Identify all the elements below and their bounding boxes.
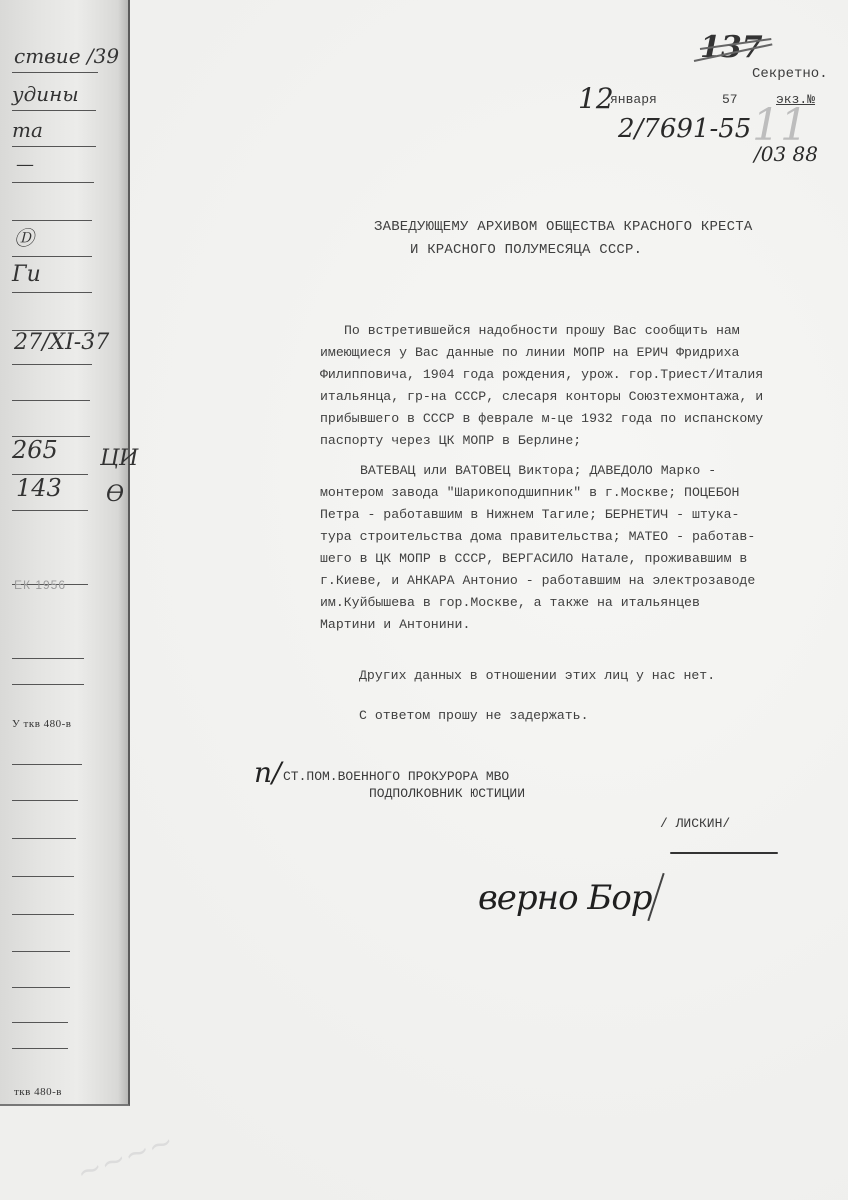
body-line: шего в ЦК МОПР в СССР, ВЕРГАСИЛО Натале,… [320, 548, 848, 570]
per-procurationem-mark: п/ [254, 756, 281, 789]
strip-note: Ги [12, 262, 41, 287]
strip-rule [12, 220, 92, 221]
reference-number: 2/7691-55 [618, 114, 751, 144]
body-line: им.Куйбышева в гор.Москве, а также на ит… [320, 592, 848, 614]
strip-rule [12, 1022, 68, 1023]
strip-note: — [16, 154, 34, 175]
strip-rule [12, 364, 92, 365]
strip-rule [12, 914, 74, 915]
incoming-number: /03 88 [754, 142, 818, 166]
signature-line [670, 852, 778, 854]
reply-request: С ответом прошу не задержать. [359, 708, 589, 723]
strip-rule [12, 72, 98, 73]
body-line: итальянца, гр-на СССР, слесаря конторы С… [320, 386, 848, 408]
body-line: тура строительства дома правительства; М… [320, 526, 848, 548]
strip-rule [12, 684, 84, 685]
signatory-title: СТ.ПОМ.ВОЕННОГО ПРОКУРОРА МВО ПОДПОЛКОВН… [283, 768, 525, 802]
body-line: По встретившейся надобности прошу Вас со… [320, 320, 848, 342]
body-line: Мартини и Антонини. [320, 614, 848, 636]
strip-rule [12, 256, 92, 257]
document-page: ствие /39 удины та — Ⓓ Ги 27/XI-37 265 1… [0, 0, 848, 1200]
strip-rule [12, 182, 94, 183]
strip-rule [12, 876, 74, 877]
strip-rule [12, 764, 82, 765]
strip-note: та [12, 118, 43, 142]
body-line: Филипповича, 1904 года рождения, урож. г… [320, 364, 848, 386]
addressee-line: ЗАВЕДУЮЩЕМУ АРХИВОМ ОБЩЕСТВА КРАСНОГО КР… [374, 216, 752, 239]
letter-body: По встретившейся надобности прошу Вас со… [320, 320, 848, 636]
strip-rule [12, 951, 70, 952]
strip-rule [12, 658, 84, 659]
date-year: 57 [722, 92, 738, 107]
strip-note: ствие /39 [14, 44, 119, 68]
classification-label: Секретно. [752, 66, 828, 82]
strip-rule [12, 987, 70, 988]
signatory-title-line: СТ.ПОМ.ВОЕННОГО ПРОКУРОРА МВО [283, 768, 525, 785]
strip-rule [12, 800, 78, 801]
form-code: ткв 480-в [14, 1086, 62, 1098]
strip-note: 265 [12, 436, 58, 464]
strip-rule [12, 510, 88, 511]
date-day: 12 [578, 82, 614, 115]
body-line: г.Киеве, и АНКАРА Антонио - работавшим н… [320, 570, 848, 592]
strip-rule [12, 838, 76, 839]
no-other-data-statement: Других данных в отношении этих лиц у нас… [359, 668, 715, 683]
body-line: Петра - работавшим в Нижнем Тагиле; БЕРН… [320, 504, 848, 526]
faded-bleed-through-mark: ~~~~ [72, 1124, 178, 1191]
date-month: января [610, 92, 657, 107]
body-line: прибывшего в СССР в феврале м-це 1932 го… [320, 408, 848, 430]
addressee-block: ЗАВЕДУЮЩЕМУ АРХИВОМ ОБЩЕСТВА КРАСНОГО КР… [374, 216, 752, 262]
body-line: ВАТЕВАЦ или ВАТОВЕЦ Виктора; ДАВЕДОЛО Ма… [320, 460, 848, 482]
true-copy-certification: верно Бор [478, 878, 652, 918]
strip-note: 27/XI-37 [14, 330, 109, 355]
strip-rule [12, 146, 96, 147]
strip-rule [12, 292, 92, 293]
strip-rule [12, 1048, 68, 1049]
body-line: имеющиеся у Вас данные по линии МОПР на … [320, 342, 848, 364]
strip-rule [12, 400, 90, 401]
archival-card-strip: ствие /39 удины та — Ⓓ Ги 27/XI-37 265 1… [0, 0, 130, 1106]
form-code: У ткв 480-в [12, 718, 72, 730]
strip-note: 143 [16, 474, 62, 502]
strip-note: Ⓓ [14, 222, 34, 251]
strip-note: удины [12, 82, 79, 106]
addressee-line: И КРАСНОГО ПОЛУМЕСЯЦА СССР. [374, 239, 752, 262]
strip-rule [12, 110, 96, 111]
body-line: паспорту через ЦК МОПР в Берлине; [320, 430, 848, 452]
strip-note: ЦИ [100, 446, 138, 471]
strip-faded-date: ЕК 1956 [14, 578, 66, 592]
body-line: монтером завода "Шарикоподшипник" в г.Мо… [320, 482, 848, 504]
copy-number-label: экз.№ [776, 92, 815, 107]
signatory-name: / ЛИСКИН/ [660, 816, 730, 831]
strip-note: Ѳ [106, 482, 124, 507]
signatory-title-line: ПОДПОЛКОВНИК ЮСТИЦИИ [283, 785, 525, 802]
